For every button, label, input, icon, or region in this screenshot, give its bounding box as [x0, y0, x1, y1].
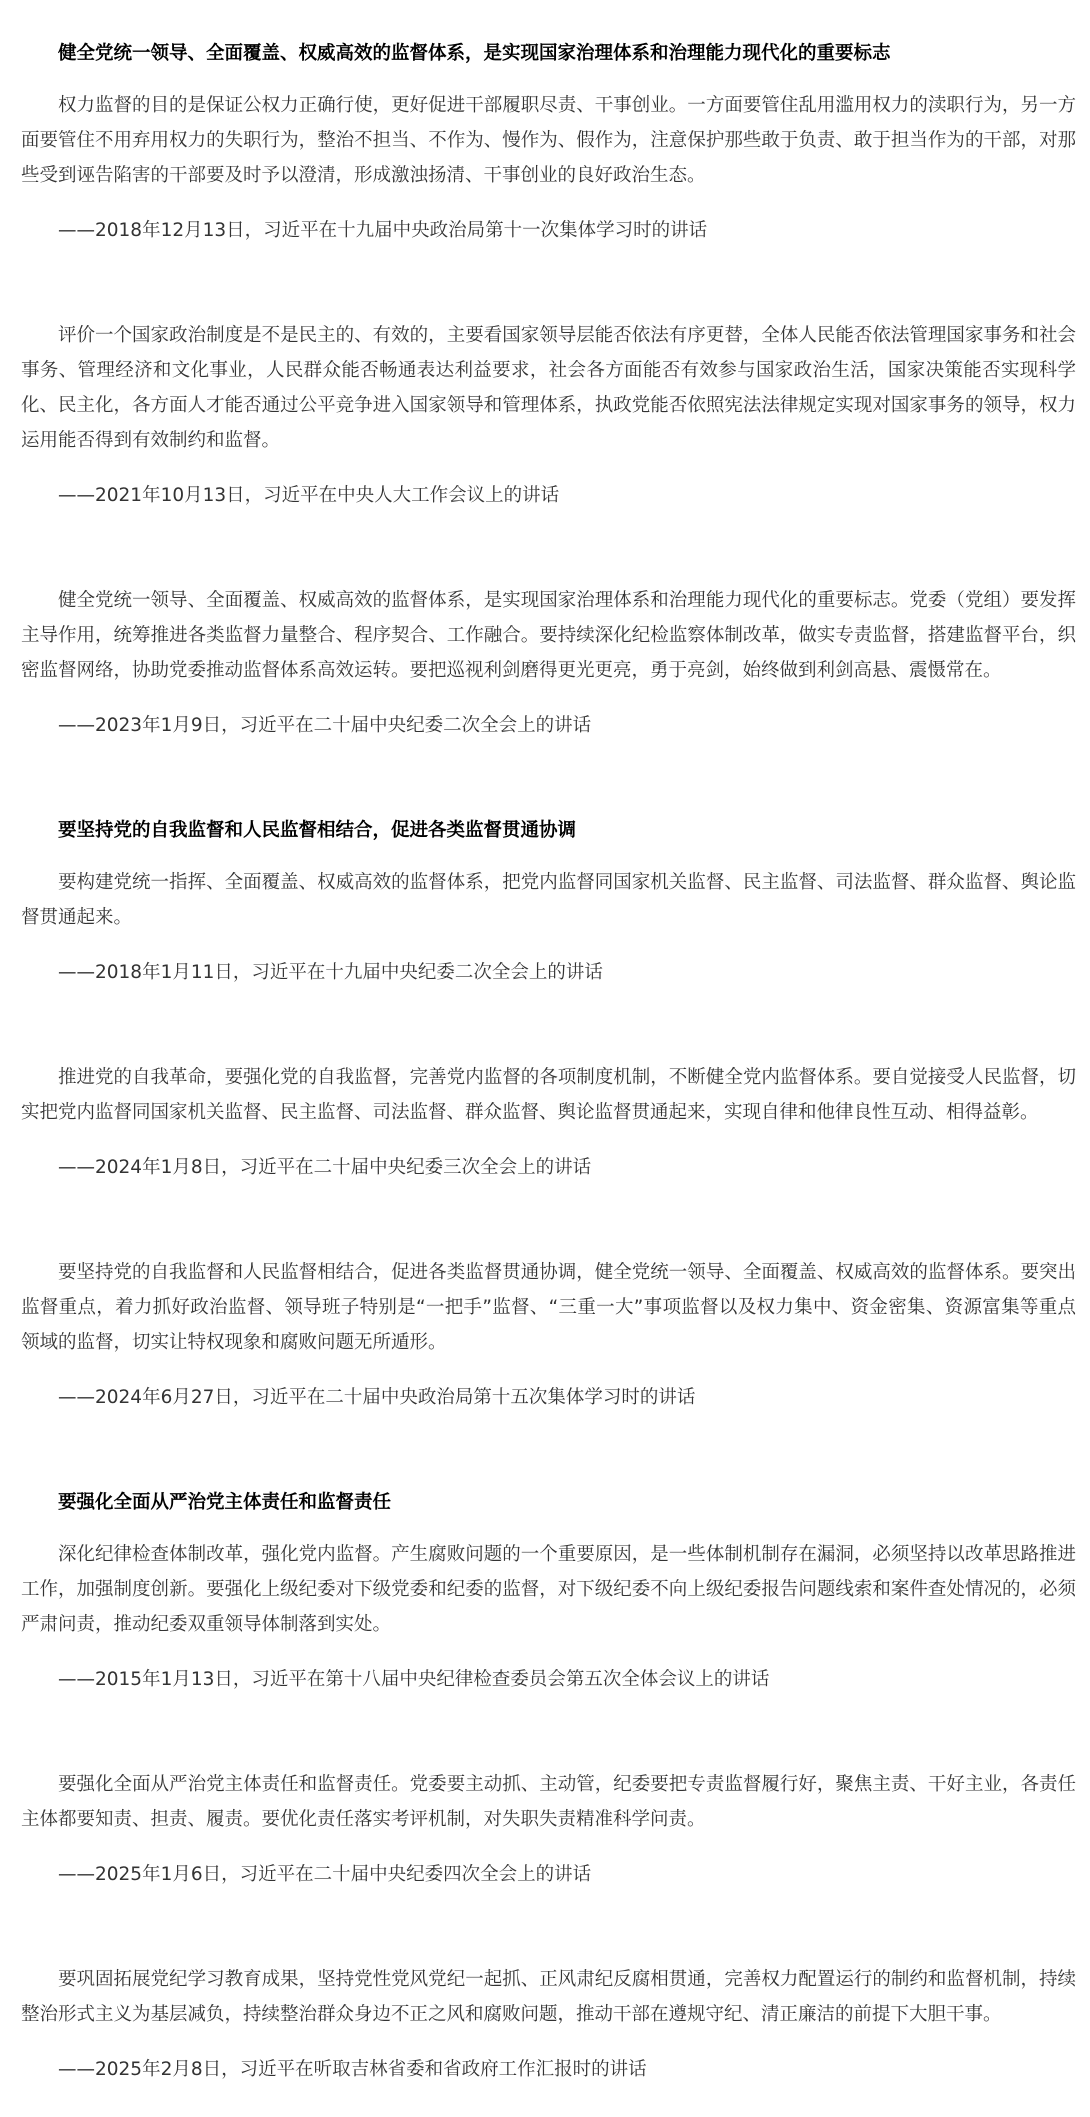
quote-attribution: ——2015年1月13日，习近平在第十八届中央纪律检查委员会第五次全体会议上的讲… [21, 1662, 1076, 1697]
quote-attribution: ——2024年6月27日，习近平在二十届中央政治局第十五次集体学习时的讲话 [21, 1380, 1076, 1415]
quote-attribution: ——2025年1月6日，习近平在二十届中央纪委四次全会上的讲话 [21, 1857, 1076, 1892]
quote-paragraph: 评价一个国家政治制度是不是民主的、有效的，主要看国家领导层能否依法有序更替，全体… [21, 318, 1076, 458]
quote-paragraph: 深化纪律检查体制改革，强化党内监督。产生腐败问题的一个重要原因，是一些体制机制存… [21, 1537, 1076, 1642]
quote-attribution: ——2025年2月8日，习近平在听取吉林省委和省政府工作汇报时的讲话 [21, 2052, 1076, 2087]
section-heading: 要强化全面从严治党主体责任和监督责任 [21, 1485, 1076, 1520]
quote-paragraph: 权力监督的目的是保证公权力正确行使，更好促进干部履职尽责、干事创业。一方面要管住… [21, 88, 1076, 193]
topic-section: 健全党统一领导、全面覆盖、权威高效的监督体系，是实现国家治理体系和治理能力现代化… [21, 36, 1076, 743]
quote-paragraph: 要坚持党的自我监督和人民监督相结合，促进各类监督贯通协调，健全党统一领导、全面覆… [21, 1255, 1076, 1360]
quote-paragraph: 健全党统一领导、全面覆盖、权威高效的监督体系，是实现国家治理体系和治理能力现代化… [21, 583, 1076, 688]
topic-section: 要坚持党的自我监督和人民监督相结合，促进各类监督贯通协调要构建党统一指挥、全面覆… [21, 813, 1076, 1415]
section-heading: 要坚持党的自我监督和人民监督相结合，促进各类监督贯通协调 [21, 813, 1076, 848]
quote-paragraph: 要巩固拓展党纪学习教育成果，坚持党性党风党纪一起抓、正风肃纪反腐相贯通，完善权力… [21, 1962, 1076, 2032]
quote-attribution: ——2023年1月9日，习近平在二十届中央纪委二次全会上的讲话 [21, 708, 1076, 743]
section-heading: 健全党统一领导、全面覆盖、权威高效的监督体系，是实现国家治理体系和治理能力现代化… [21, 36, 1076, 71]
quote-paragraph: 推进党的自我革命，要强化党的自我监督，完善党内监督的各项制度机制，不断健全党内监… [21, 1060, 1076, 1130]
topic-section: 要强化全面从严治党主体责任和监督责任深化纪律检查体制改革，强化党内监督。产生腐败… [21, 1485, 1076, 2087]
quote-attribution: ——2018年12月13日，习近平在十九届中央政治局第十一次集体学习时的讲话 [21, 213, 1076, 248]
quote-paragraph: 要强化全面从严治党主体责任和监督责任。党委要主动抓、主动管，纪委要把专责监督履行… [21, 1767, 1076, 1837]
quote-attribution: ——2024年1月8日，习近平在二十届中央纪委三次全会上的讲话 [21, 1150, 1076, 1185]
quote-attribution: ——2021年10月13日，习近平在中央人大工作会议上的讲话 [21, 478, 1076, 513]
article: 健全党统一领导、全面覆盖、权威高效的监督体系，是实现国家治理体系和治理能力现代化… [21, 0, 1076, 2087]
quote-paragraph: 要构建党统一指挥、全面覆盖、权威高效的监督体系，把党内监督同国家机关监督、民主监… [21, 865, 1076, 935]
quote-attribution: ——2018年1月11日，习近平在十九届中央纪委二次全会上的讲话 [21, 955, 1076, 990]
